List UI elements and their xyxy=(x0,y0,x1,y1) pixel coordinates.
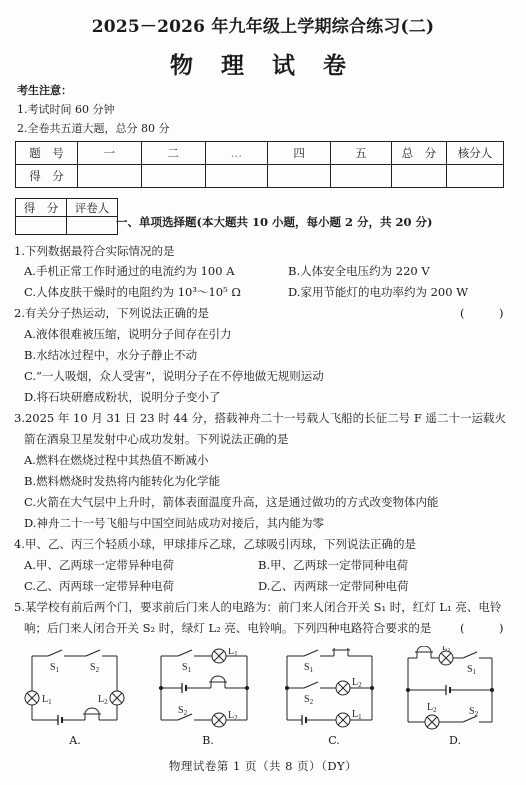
question-3-stem-line1: 3.2025 年 10 月 31 日 23 时 44 分，搭载神舟二十一号载人飞… xyxy=(14,408,506,428)
question-3-option-c[interactable]: C.火箭在大气层中上升时，箭体表面温度升高，这是通过做功的方式改变物体内能 xyxy=(24,492,439,512)
question-1-option-c[interactable]: C.人体皮肤干燥时的电阻约为 10³～10⁵ Ω xyxy=(24,282,241,302)
question-2-option-c[interactable]: C.“一人吸烟，众人受害”，说明分子在不停地做无规则运动 xyxy=(24,366,324,386)
question-4-option-d[interactable]: D.乙、丙两球一定带同种电荷 xyxy=(258,576,408,596)
svg-text:S2: S2 xyxy=(469,706,479,718)
score-header: 四 xyxy=(268,142,331,165)
exam-title: 2025－2026 年九年级上学期综合练习(二) xyxy=(0,12,526,37)
notes-heading: 考生注意： xyxy=(17,82,72,98)
svg-text:L2: L2 xyxy=(352,677,362,689)
score-header: 题 号 xyxy=(16,142,78,165)
question-4-option-a[interactable]: A.甲、乙两球一定带异种电荷 xyxy=(24,555,174,575)
score-header: 总 分 xyxy=(391,142,446,165)
question-2-option-b[interactable]: B.水结冰过程中，水分子静止不动 xyxy=(24,345,197,365)
svg-text:S1: S1 xyxy=(467,664,477,676)
circuit-label-c: C. xyxy=(284,734,384,747)
note-item: 1.考试时间 60 分钟 xyxy=(17,101,115,117)
score-cell[interactable] xyxy=(447,165,504,188)
page-footer: 物理试卷第 1 页（共 8 页）（DY） xyxy=(0,758,526,774)
question-1-option-b[interactable]: B.人体安全电压约为 220 V xyxy=(288,261,430,281)
question-1-stem: 1.下列数据最符合实际情况的是 xyxy=(14,241,174,261)
svg-text:S2: S2 xyxy=(90,662,100,674)
svg-text:S1: S1 xyxy=(304,662,314,674)
svg-text:L2: L2 xyxy=(427,702,437,714)
svg-text:L2: L2 xyxy=(228,710,238,722)
question-4-option-c[interactable]: C.乙、丙两球一定带异种电荷 xyxy=(24,576,174,596)
score-header: … xyxy=(205,142,268,165)
question-2-option-a[interactable]: A.液体很难被压缩，说明分子间存在引力 xyxy=(24,324,231,344)
grader-table: 得 分 评卷人 xyxy=(15,198,118,235)
score-header: 二 xyxy=(141,142,205,165)
circuit-diagram-c[interactable]: S1 S2 L2 L1 C. xyxy=(284,648,384,743)
circuit-diagram-b[interactable]: S1 L1 S2 L2 B. xyxy=(158,648,258,743)
circuit-label-a: A. xyxy=(20,734,130,747)
svg-text:L1: L1 xyxy=(42,694,52,706)
svg-text:L1: L1 xyxy=(228,648,238,658)
score-header: 核分人 xyxy=(447,142,504,165)
score-cell[interactable] xyxy=(141,165,205,188)
grader-header: 得 分 xyxy=(16,199,67,217)
switch-s2 xyxy=(86,650,100,656)
question-1-option-a[interactable]: A.手机正常工作时通过的电流约为 100 A xyxy=(24,261,235,281)
note-item: 2.全卷共五道大题，总分 80 分 xyxy=(17,120,170,136)
score-row-label: 得 分 xyxy=(16,165,78,188)
score-table: 题 号 一 二 … 四 五 总 分 核分人 得 分 xyxy=(15,141,504,188)
question-1-option-d[interactable]: D.家用节能灯的电功率约为 200 W xyxy=(288,282,468,302)
grader-cell[interactable] xyxy=(16,217,67,235)
switch-s1 xyxy=(48,650,62,656)
question-3-option-a[interactable]: A.燃料在燃烧过程中其热值不断减小 xyxy=(24,450,208,470)
svg-text:L1: L1 xyxy=(442,646,451,654)
svg-text:S1: S1 xyxy=(50,662,60,674)
question-5-stem-line2: 响；后门来人闭合开关 S₂ 时，绿灯 L₂ 亮、电铃响。下列四种电路符合要求的是 xyxy=(24,618,431,638)
question-3-stem-line2: 箭在酒泉卫星发射中心成功发射。下列说法正确的是 xyxy=(24,429,289,449)
score-cell[interactable] xyxy=(331,165,392,188)
grader-cell[interactable] xyxy=(67,217,118,235)
circuit-diagram-a[interactable]: S1 S2 L1 L2 A. xyxy=(20,648,130,743)
svg-text:S2: S2 xyxy=(304,694,314,706)
circuit-diagram-d[interactable]: L1 S1 L2 S2 D. xyxy=(405,646,505,743)
svg-text:S2: S2 xyxy=(178,705,188,717)
circuit-label-d: D. xyxy=(405,734,505,747)
answer-paren[interactable]: ( ) xyxy=(460,618,503,638)
score-cell[interactable] xyxy=(78,165,142,188)
score-cell[interactable] xyxy=(205,165,268,188)
question-2-option-d[interactable]: D.将石块研磨成粉状，说明分子变小了 xyxy=(24,387,220,407)
question-5-stem-line1: 5.某学校有前后两个门，要求前后门来人的电路为：前门来人闭合开关 S₁ 时，红灯… xyxy=(14,597,501,617)
score-header: 一 xyxy=(78,142,142,165)
question-4-stem: 4.甲、乙、丙三个轻质小球，甲球排斥乙球，乙球吸引丙球，下列说法正确的是 xyxy=(14,534,416,554)
question-3-option-d[interactable]: D.神舟二十一号飞船与中国空间站成功对接后，其内能为零 xyxy=(24,513,324,533)
score-cell[interactable] xyxy=(268,165,331,188)
question-2-stem: 2.有关分子热运动，下列说法正确的是 xyxy=(14,303,209,323)
question-4-option-b[interactable]: B.甲、乙两球一定带同种电荷 xyxy=(258,555,408,575)
score-cell[interactable] xyxy=(391,165,446,188)
svg-text:L1: L1 xyxy=(352,709,362,721)
circuit-label-b: B. xyxy=(158,734,258,747)
grader-header: 评卷人 xyxy=(67,199,118,217)
svg-text:L2: L2 xyxy=(98,694,108,706)
score-header: 五 xyxy=(331,142,392,165)
question-3-option-b[interactable]: B.燃料燃烧时发热将内能转化为化学能 xyxy=(24,471,220,491)
section-title: 一、单项选择题(本大题共 10 小题，每小题 2 分，共 20 分) xyxy=(116,214,432,230)
svg-text:S1: S1 xyxy=(182,662,192,674)
answer-paren[interactable]: ( ) xyxy=(460,303,503,323)
subject-title: 物 理 试 卷 xyxy=(0,47,526,80)
